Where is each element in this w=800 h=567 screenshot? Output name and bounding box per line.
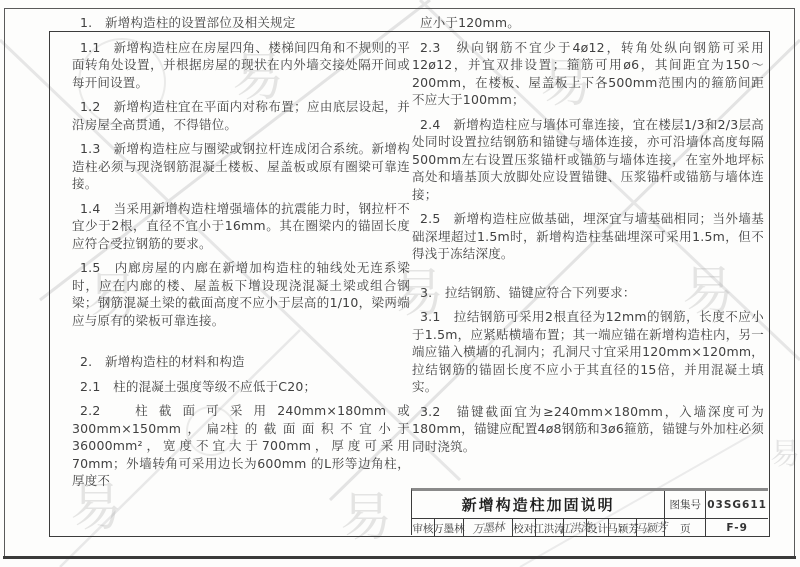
section-heading: 3. 拉结钢筋、锚键应符合下列要求： — [412, 284, 764, 302]
checker-label: 校对 — [513, 519, 536, 537]
paragraph: 2.2 柱截面可采用240mm×180mm或300mm×150mm，扁柱的截面面… — [72, 402, 410, 490]
paragraph: 2.5 新增构造柱应做基础，埋深宜与墙基础相同；当外墙基础深埋超过1.5m时，新… — [412, 210, 764, 263]
designer-signature: 马颖芳 — [637, 519, 665, 537]
paragraph: 2.1 柱的混凝土强度等级不应低于C20； — [72, 378, 410, 396]
atlas-number-label: 图集号 — [665, 491, 706, 518]
scanned-document-page: 易 易 易 易 易 易 易 易 1. 新增构造柱的设置部位及相关规定 1.1 新… — [0, 0, 800, 567]
atlas-number: 03SG611 — [706, 491, 768, 518]
paragraph: 2.4 新增构造柱应与墙体可靠连接，宜在楼层1/3和2/3层高处同时设置拉结钢筋… — [412, 116, 764, 204]
checker-signature: 江洪涛 — [564, 519, 587, 537]
paragraph: 3.2 锚键截面宜为≥240mm×180mm，入墙深度可为180mm，锚键应配置… — [412, 403, 764, 456]
right-column: 应小于120mm。 2.3 纵向钢筋不宜少于4ø12，转角处纵向钢筋可采用12ø… — [412, 14, 764, 462]
paragraph: 1.5 内廊房屋的内廊在新增加构造柱的轴线处无连系梁时，应在内廊的楼、屋盖板下增… — [72, 259, 410, 329]
reviewer-name: 万墨林 — [435, 519, 464, 537]
drawing-title: 新增构造柱加固说明 — [412, 491, 665, 518]
section-heading: 2. 新增构造柱的材料和构造 — [72, 353, 410, 371]
title-block-row-1: 新增构造柱加固说明 图集号 03SG611 — [412, 491, 768, 519]
title-block-row-2: 审核 万墨林 万墨林 校对 江洪涛 江洪涛 设计 马颖芳 马颖芳 页 F-9 — [412, 519, 768, 537]
reviewer-signature: 万墨林 — [464, 519, 513, 537]
page-bottom-edge — [3, 556, 796, 559]
signature: 万墨林 — [472, 519, 505, 537]
designer-name: 马颖芳 — [609, 519, 637, 537]
paragraph: 3.1 拉结钢筋可采用2根直径为12mm的钢筋，长度不应小于1.5m，应紧贴横墙… — [412, 308, 764, 396]
signature: 江洪涛 — [558, 519, 591, 537]
paragraph: 1.2 新增构造柱宜在平面内对称布置；应由底层设起，并沿房屋全高贯通，不得错位。 — [72, 98, 410, 133]
signature: 马颖芳 — [635, 519, 668, 537]
paragraph: 2.3 纵向钢筋不宜少于4ø12，转角处纵向钢筋可采用12ø12，并宜双排设置；… — [412, 39, 764, 109]
paragraph: 1.4 当采用新增构造柱增强墙体的抗震能力时，钢拉杆不宜少于2根，直径不宜小于1… — [72, 200, 410, 253]
paragraph: 应小于120mm。 — [412, 14, 764, 32]
left-column: 1. 新增构造柱的设置部位及相关规定 1.1 新增构造柱应在房屋四角、楼梯间四角… — [72, 14, 410, 497]
title-block: 新增构造柱加固说明 图集号 03SG611 审核 万墨林 万墨林 校对 江洪涛 … — [411, 488, 768, 535]
section-heading: 1. 新增构造柱的设置部位及相关规定 — [72, 14, 410, 32]
paragraph: 1.3 新增构造柱应与圈梁或钢拉杆连成闭合系统。新增构造柱必须与现浇钢筋混凝土楼… — [72, 140, 410, 193]
sheet-number: 2 — [220, 424, 226, 435]
paragraph: 1.1 新增构造柱应在房屋四角、楼梯间四角和不规则的平面转角处设置，并根据房屋的… — [72, 39, 410, 92]
page-number: F-9 — [706, 519, 768, 537]
reviewer-label: 审核 — [412, 519, 435, 537]
page-label: 页 — [665, 519, 706, 537]
